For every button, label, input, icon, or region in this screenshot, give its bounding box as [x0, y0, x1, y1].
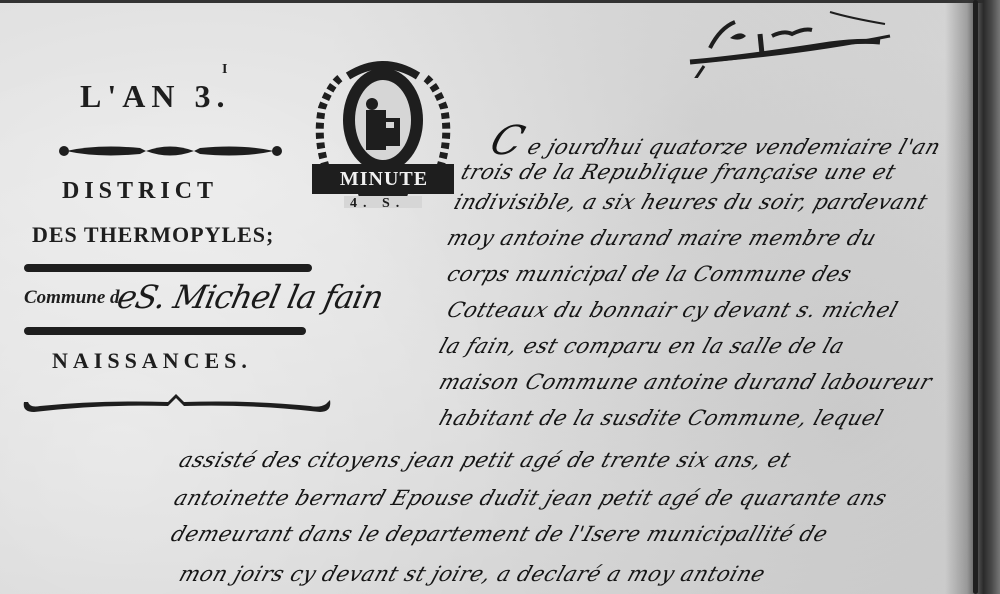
body-line-text: e jourdhui quatorze vendemiaire l'an [524, 135, 944, 159]
district-label: DISTRICT [62, 178, 218, 205]
body-line-13: mon joirs cy devant st joire, a declaré … [176, 562, 768, 586]
body-line-1: C e jourdhui quatorze vendemiaire l'an [485, 118, 950, 164]
body-line-10: assisté des citoyens jean petit agé de t… [176, 448, 794, 472]
body-line-4: moy antoine durand maire membre du [444, 226, 880, 250]
official-seal-icon [308, 58, 458, 218]
year-heading: L'AN 3. [80, 78, 230, 115]
book-binding [973, 0, 978, 594]
page-top-edge [0, 0, 1000, 3]
body-line-3: indivisible, a six heures du soir, parde… [451, 190, 931, 214]
ornament-divider-icon [58, 142, 283, 160]
section-title: NAISSANCES. [52, 348, 252, 374]
body-line-11: antoinette bernard Epouse dudit jean pet… [171, 486, 890, 510]
year-superscript: I [222, 62, 227, 78]
body-line-7: la fain, est comparu en la salle de la [436, 334, 848, 358]
rule-divider [24, 264, 312, 272]
commune-label: Commune d [24, 287, 120, 309]
rule-divider [24, 327, 306, 335]
body-line-2: trois de la Republique française une et [458, 160, 899, 184]
body-line-9: habitant de la susdite Commune, lequel [436, 406, 886, 430]
body-line-12: demeurant dans le departement de l'Isere… [168, 522, 831, 546]
stamp-label: MINUTE [318, 168, 450, 191]
district-name: DES THERMOPYLES; [32, 222, 274, 248]
body-line-8: maison Commune antoine durand laboureur [436, 370, 935, 394]
body-line-6: Cotteaux du bonnair cy devant s. michel [444, 298, 901, 322]
body-line-5: corps municipal de la Commune des [444, 262, 855, 286]
stamp-value: 4. S. [350, 196, 405, 212]
commune-name-handwritten: eS. Michel la fain [114, 278, 386, 316]
signature-flourish-icon [680, 8, 920, 78]
bracket-ornament-icon [20, 390, 335, 420]
